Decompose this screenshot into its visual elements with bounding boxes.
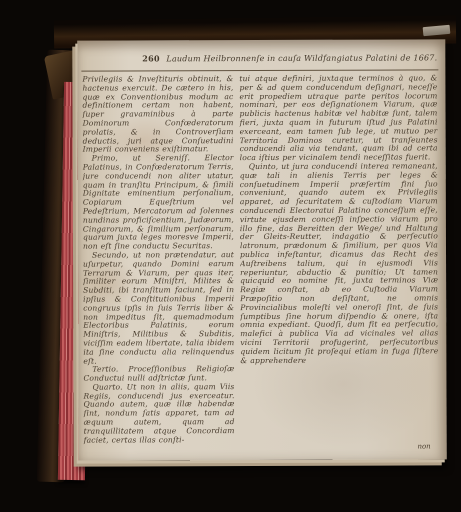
text-column-left: Privilegiis & Inveſtituris obtinuit, & h… [82, 75, 234, 447]
running-title: Laudum Heilbronnenſe in cauſa Wildfangia… [166, 53, 437, 63]
paragraph-secundo: Secundo, ut non prætendatur, aut uſurpet… [83, 251, 234, 366]
paragraph-primo: Primo, ut Sereniſſ. Elector Palatinus, i… [83, 154, 234, 251]
paragraph-tertio: Tertio. Proceſſionibus Religioſæ Conduct… [83, 365, 234, 383]
page-number: 260 [142, 53, 160, 63]
text-columns: Privilegiis & Inveſtituris obtinuit, & h… [82, 74, 438, 446]
book-page: 260 Laudum Heilbronnenſe in cauſa Wildfa… [77, 39, 446, 460]
catchword: non [417, 442, 430, 450]
text-column-right: tui atque definiri, juxtaque terminos à … [239, 74, 438, 446]
book-photo-scene: 260 Laudum Heilbronnenſe in cauſa Wildfa… [0, 0, 461, 512]
page-header: 260 Laudum Heilbronnenſe in cauſa Wildfa… [83, 52, 437, 63]
paragraph-continuation: tui atque definiri, juxtaque terminos à … [239, 74, 437, 163]
paragraph-quarto: Quarto. Ut non in aliis, quam Viis Regii… [83, 383, 234, 445]
paragraph-quinto: Quinto, ut jura conducendi interea reman… [240, 162, 439, 365]
header-rule [81, 69, 438, 71]
paragraph-continuation: Privilegiis & Inveſtituris obtinuit, & h… [82, 75, 233, 155]
